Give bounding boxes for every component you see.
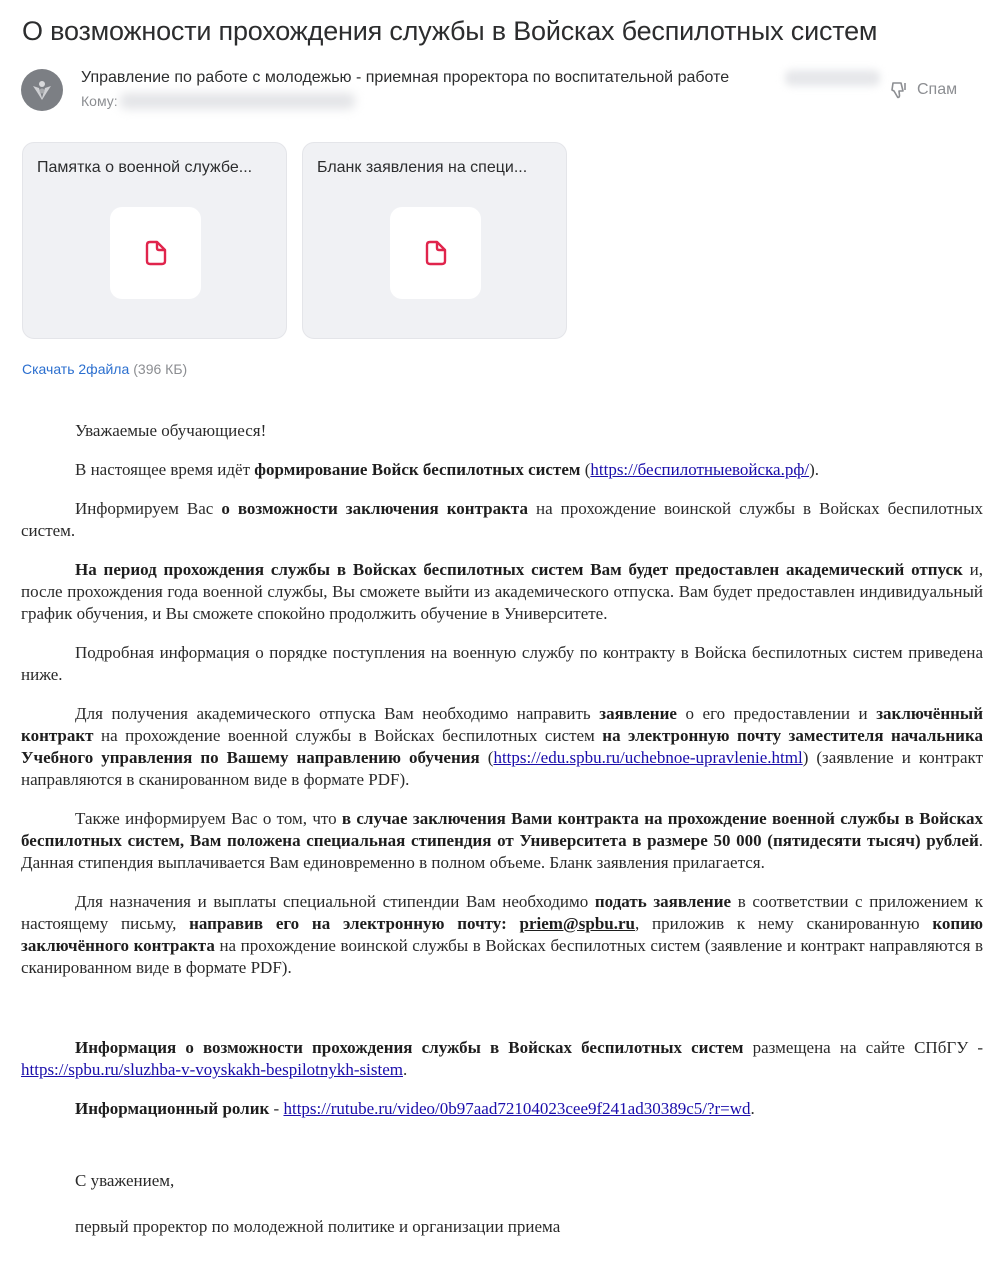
download-row: Скачать 2файла(396 КБ) xyxy=(22,361,187,377)
text: - xyxy=(269,1099,283,1118)
signature: первый проректор по молодежной политике … xyxy=(21,1216,983,1238)
attachment-thumbnail xyxy=(110,207,201,299)
paragraph-3: На период прохождения службы в Войсках б… xyxy=(21,559,983,625)
text: . xyxy=(751,1099,755,1118)
spam-button[interactable]: Спам xyxy=(889,80,957,100)
bold-text: заявление xyxy=(599,704,677,723)
text: . xyxy=(403,1060,407,1079)
bold-text: Информационный ролик xyxy=(75,1099,269,1118)
to-label: Кому: xyxy=(81,93,118,109)
letter-body: Уважаемые обучающиеся! В настоящее время… xyxy=(21,420,983,1238)
file-icon xyxy=(423,239,449,267)
text: Для получения академического отпуска Вам… xyxy=(75,704,599,723)
text: ( xyxy=(580,460,590,479)
bold-text: Информация о возможности прохождения слу… xyxy=(75,1038,744,1057)
edu-spbu-link[interactable]: https://edu.spbu.ru/uchebnoe-upravlenie.… xyxy=(493,748,802,767)
thumbs-down-icon xyxy=(889,80,909,100)
paragraph-6: Также информируем Вас о том, что в случа… xyxy=(21,808,983,874)
paragraph-9: Информационный ролик - https://rutube.ru… xyxy=(21,1098,983,1120)
text: В настоящее время идёт xyxy=(75,460,254,479)
email-subject: О возможности прохождения службы в Войск… xyxy=(22,16,877,47)
greeting: Уважаемые обучающиеся! xyxy=(21,420,983,442)
attachment-card[interactable]: Бланк заявления на специ... xyxy=(302,142,567,339)
drones-site-link[interactable]: https://беспилотныевойска.рф/ xyxy=(590,460,809,479)
text: на прохождение военной службы в Войсках … xyxy=(94,726,603,745)
text: о его предоставлении и xyxy=(677,704,876,723)
attachment-thumbnail xyxy=(390,207,481,299)
bold-text: подать заявление xyxy=(595,892,731,911)
sender-avatar[interactable] xyxy=(21,69,63,111)
paragraph-7: Для назначения и выплаты специальной сти… xyxy=(21,891,983,979)
paragraph-2: Информируем Вас о возможности заключения… xyxy=(21,498,983,542)
paragraph-4: Подробная информация о порядке поступлен… xyxy=(21,642,983,686)
bold-text: На период прохождения службы в Войсках б… xyxy=(75,560,963,579)
text: ). xyxy=(809,460,819,479)
download-size: (396 КБ) xyxy=(133,361,187,377)
paragraph-5: Для получения академического отпуска Вам… xyxy=(21,703,983,791)
paragraph-8: Информация о возможности прохождения слу… xyxy=(21,1037,983,1081)
bold-text: направив его на электронную почту: xyxy=(189,914,519,933)
spbu-info-link[interactable]: https://spbu.ru/sluzhba-v-voyskakh-bespi… xyxy=(21,1060,403,1079)
sender-email-redacted xyxy=(785,70,880,86)
file-icon xyxy=(143,239,169,267)
attachment-card[interactable]: Памятка о военной службе... xyxy=(22,142,287,339)
emblem-icon xyxy=(30,78,54,102)
bold-text: формирование Войск беспилотных систем xyxy=(254,460,580,479)
attachment-name: Памятка о военной службе... xyxy=(37,159,252,177)
recipient-redacted xyxy=(120,93,355,109)
rutube-video-link[interactable]: https://rutube.ru/video/0b97aad72104023c… xyxy=(283,1099,750,1118)
text: , приложив к нему сканированную xyxy=(635,914,932,933)
spam-label: Спам xyxy=(917,81,957,99)
paragraph-1: В настоящее время идёт формирование Войс… xyxy=(21,459,983,481)
text: размещена на сайте СПбГУ - xyxy=(744,1038,984,1057)
text: Информируем Вас xyxy=(75,499,221,518)
text: ( xyxy=(480,748,494,767)
priem-email-link[interactable]: priem@spbu.ru xyxy=(520,914,635,933)
closing: С уважением, xyxy=(21,1170,983,1192)
download-all-link[interactable]: Скачать 2файла xyxy=(22,361,129,377)
sender-name[interactable]: Управление по работе с молодежью - прием… xyxy=(81,69,729,87)
text: Также информируем Вас о том, что xyxy=(75,809,342,828)
text: Для назначения и выплаты специальной сти… xyxy=(75,892,595,911)
bold-text: о возможности заключения контракта xyxy=(221,499,528,518)
attachment-name: Бланк заявления на специ... xyxy=(317,159,527,177)
